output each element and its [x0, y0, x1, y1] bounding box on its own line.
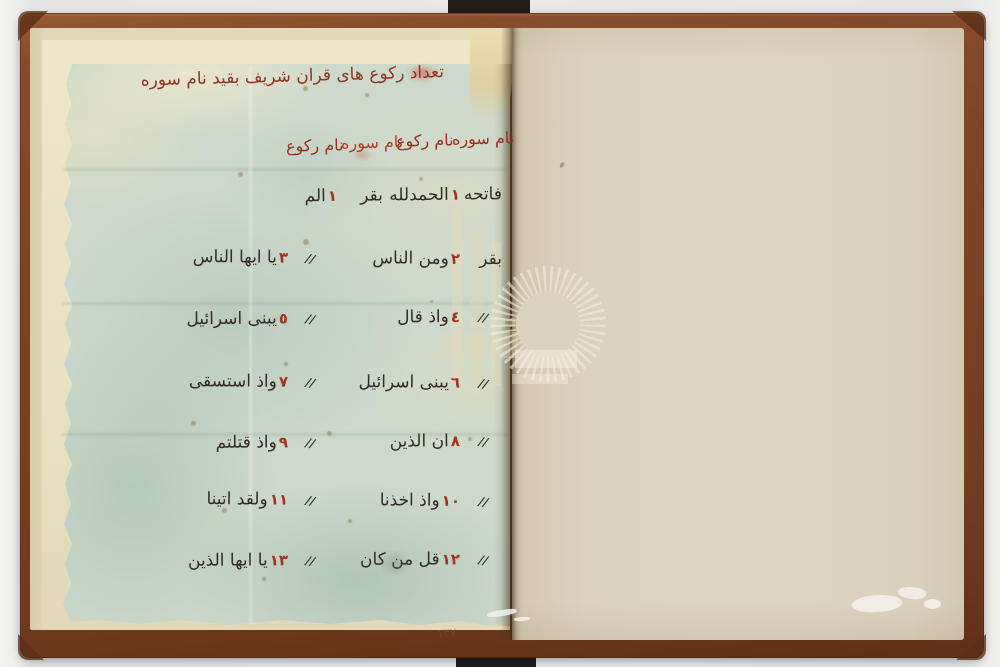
- column-header-surah-name: نام سوره: [341, 132, 403, 152]
- ruku-number: ٢: [451, 250, 460, 268]
- cell-ditto-mark: //: [290, 432, 385, 463]
- cell-ruku-name: ٧واذ استسقى: [160, 371, 288, 402]
- fold-crease: [62, 168, 508, 171]
- ruku-number: ٧: [279, 373, 288, 391]
- foxing-spot: [430, 300, 433, 303]
- ruku-number: ١٠: [442, 492, 460, 510]
- foxing-spot: [238, 172, 243, 177]
- ruku-number: ٦: [451, 374, 460, 392]
- fold-crease: [249, 66, 252, 624]
- foxing-spot: [419, 177, 423, 181]
- table-row: // ٤واذ قال // ٥يبنى اسرائيل: [160, 306, 506, 339]
- folio-number-pencil: ١٣٧: [436, 625, 456, 641]
- foxing-spot: [327, 431, 332, 436]
- cell-ruku-name: ٣يا ايها الناس: [160, 247, 288, 278]
- cell-ditto-mark: //: [290, 372, 385, 402]
- column-header-ruku-name: نام ركوع: [396, 130, 454, 150]
- cell-ditto-mark: //: [290, 550, 385, 580]
- table-row: // ٨ان الذين // ٩واذ قتلتم: [160, 431, 506, 463]
- foxing-spot: [348, 519, 352, 523]
- cell-ruku-name: ١٣يا ايها الذين: [160, 550, 288, 581]
- cell-ditto-mark: //: [290, 490, 385, 521]
- column-header-ruku-name: نام ركوع: [286, 135, 344, 155]
- torn-paper-chip: [851, 592, 903, 614]
- ruku-number: ٩: [279, 433, 288, 451]
- foxing-spot: [222, 508, 227, 513]
- table-row: // ١٢قل من كان // ١٣يا ايها الذين: [160, 549, 506, 581]
- ruku-number: ٥: [279, 309, 288, 327]
- cell-ditto-mark: //: [290, 248, 385, 279]
- torn-paper-chip: [897, 585, 927, 601]
- foxing-spot: [303, 239, 309, 245]
- table-row: // ٦يبنى اسرائيل // ٧واذ استسقى: [160, 371, 506, 403]
- paper-speck: [559, 161, 565, 168]
- ruku-number: ١: [328, 187, 337, 205]
- cell-ditto-mark: //: [290, 308, 385, 339]
- cell-ruku-name: ١الم: [209, 186, 337, 217]
- column-header-surah-name: نام سوره: [452, 128, 514, 148]
- right-blank-page: [512, 28, 964, 640]
- foxing-spot: [262, 577, 266, 581]
- torn-paper-chip: [924, 599, 941, 609]
- ruku-number: ٣: [279, 249, 288, 267]
- table-row: فاتحه ١الحمدلله بقر ١الم: [160, 184, 506, 218]
- foxing-spot: [303, 86, 308, 91]
- ruku-number: ٤: [451, 308, 460, 326]
- foxing-spot: [284, 362, 288, 366]
- cell-ruku-name: ٩واذ قتلتم: [160, 432, 288, 463]
- cell-ruku-name: ١١ولقد اتينا: [160, 489, 288, 520]
- ruku-number: ٨: [451, 432, 460, 450]
- book-scan-photo: تعداد ركوع هاى قران شريف بقيد نام سوره ن…: [0, 0, 1000, 667]
- table-row: بقر ٢ومن الناس // ٣يا ايها الناس: [160, 247, 506, 279]
- ruku-number: ١: [451, 186, 460, 204]
- ruku-number: ١٢: [442, 550, 460, 568]
- fold-crease: [62, 302, 508, 305]
- foxing-spot: [365, 93, 369, 97]
- table-row: // ١٠واذ اخذنا // ١١ولقد اتينا: [160, 489, 506, 521]
- cell-ruku-name: ٥يبنى اسرائيل: [160, 308, 288, 339]
- ruku-number: ١١: [270, 491, 288, 509]
- foxing-spot: [191, 421, 196, 426]
- bleed-through-stamp: [374, 544, 416, 582]
- ruku-number: ١٣: [270, 551, 288, 569]
- foxing-spot: [468, 437, 472, 441]
- cover-corner-fold: [18, 634, 44, 660]
